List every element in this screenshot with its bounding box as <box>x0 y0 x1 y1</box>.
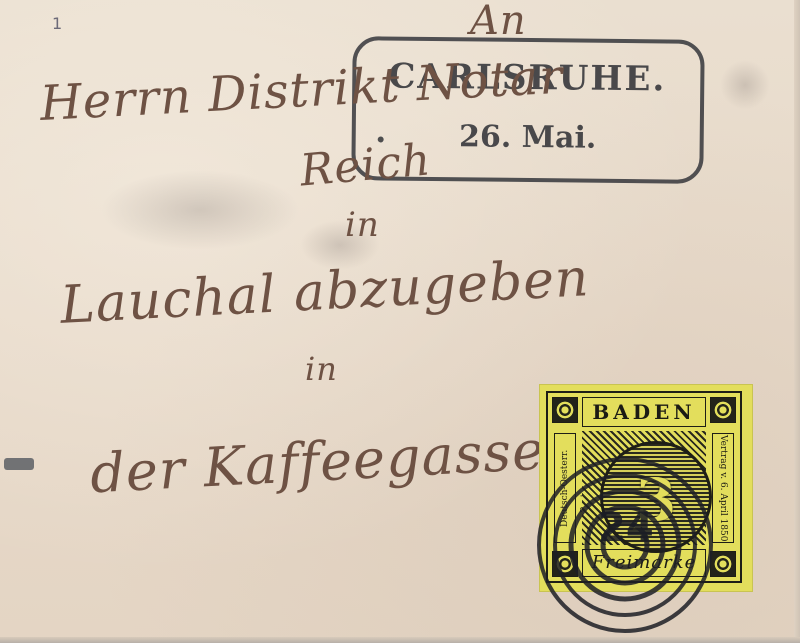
stamp-side-text-right: Vertrag v. 6. April 1850 <box>712 433 734 543</box>
stamp-corner-ornament-icon <box>552 551 578 577</box>
postal-cover: 1 CARLSRUHE. 26. Mai. An Herrn Distrikt … <box>0 0 800 643</box>
ink-mark <box>4 458 34 470</box>
address-line: Reich <box>298 134 433 196</box>
address-line: in <box>345 205 380 245</box>
stamp-corner-ornament-icon <box>552 397 578 423</box>
cover-right-edge <box>794 0 800 643</box>
cancel-number: 24 <box>598 505 654 551</box>
address-line: An <box>470 0 527 44</box>
cover-bottom-edge <box>0 637 800 643</box>
stamp-country: BADEN <box>582 397 706 427</box>
ink-smudge <box>720 60 770 110</box>
stamp-corner-ornament-icon <box>710 397 736 423</box>
postage-stamp: BADEN Deutsch-Oesterr. Postverein. Vertr… <box>540 385 752 591</box>
address-line: in <box>305 350 338 388</box>
pencil-mark: 1 <box>52 14 62 33</box>
stamp-side-text-left: Deutsch-Oesterr. Postverein. <box>554 433 576 543</box>
ink-smudge <box>100 170 300 250</box>
stamp-label: Freimarke <box>582 549 706 577</box>
stamp-frame: BADEN Deutsch-Oesterr. Postverein. Vertr… <box>546 391 742 583</box>
address-line: Lauchal abzugeben <box>59 248 591 336</box>
address-line: der Kaffeegasse. <box>89 418 565 506</box>
stamp-corner-ornament-icon <box>710 551 736 577</box>
